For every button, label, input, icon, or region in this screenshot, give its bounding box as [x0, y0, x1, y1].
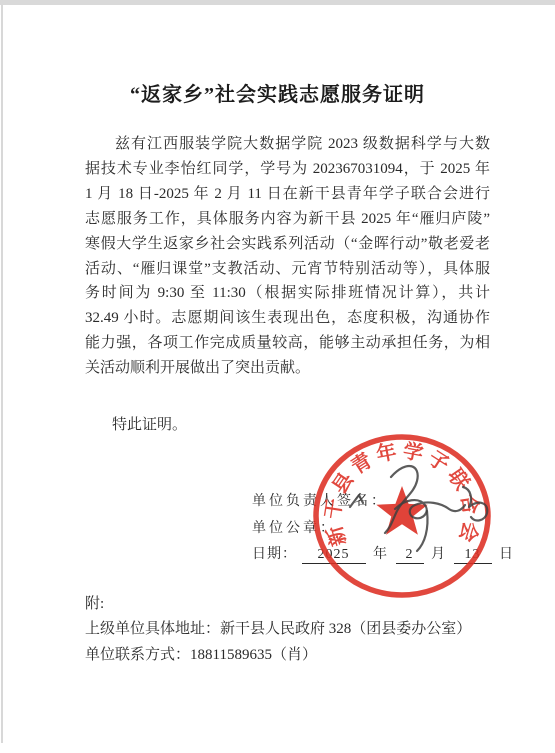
body-line: 能力强，各项工作完成质量较高，能够主动承担任务，为相: [85, 331, 490, 356]
date-day-unit: 日: [499, 547, 514, 562]
signature-block: 单位负责人签名： 单位公章： 日期： 2025 年 2 月 13 日: [252, 489, 517, 569]
certificate-body: 兹有江西服装学院大数据学院 2023 级数据科学与大数 据技术专业李怡红同学，学…: [85, 132, 490, 381]
attachment-label: 附:: [85, 592, 471, 617]
signer-label: 单位负责人签名：: [252, 494, 388, 509]
date-year-value: 2025: [302, 546, 366, 564]
certificate-page: “返家乡”社会实践志愿服务证明 兹有江西服装学院大数据学院 2023 级数据科学…: [0, 0, 555, 753]
body-line: 活动、“雁归课堂”支教活动、元宵节特别活动等），具体服: [85, 257, 490, 282]
date-day-value: 13: [454, 546, 492, 564]
seal-label: 单位公章：: [252, 521, 337, 536]
unit-contact: 单位联系方式：18811589635（肖）: [85, 643, 471, 668]
body-line: 据技术专业李怡红同学，学号为 202367031094，于 2025 年: [85, 157, 490, 182]
date-month-value: 2: [396, 546, 424, 564]
body-line: 1 月 18 日-2025 年 2 月 11 日在新干县青年学子联合会进行: [85, 182, 490, 207]
date-label: 日期：: [252, 547, 297, 562]
document-title: “返家乡”社会实践志愿服务证明: [0, 78, 555, 107]
page-left-border: [1, 5, 3, 743]
body-line: 关活动顺利开展做出了突出贡献。: [85, 356, 490, 381]
date-row: 日期： 2025 年 2 月 13 日: [252, 542, 517, 569]
parent-unit-address: 上级单位具体地址：新干县人民政府 328（团县委办公室）: [85, 617, 471, 642]
closing-statement: 特此证明。: [112, 413, 187, 437]
body-line: 寒假大学生返家乡社会实践系列活动（“金晖行动”敬老爱老: [85, 232, 490, 257]
date-month-unit: 月: [431, 547, 446, 562]
body-line: 务时间为 9:30 至 11:30（根据实际排班情况计算），共计: [85, 281, 490, 306]
signer-row: 单位负责人签名：: [252, 489, 517, 516]
body-line: 兹有江西服装学院大数据学院 2023 级数据科学与大数: [85, 132, 490, 157]
page-top-border: [0, 0, 555, 5]
body-line: 32.49 小时。志愿期间该生表现出色，态度积极，沟通协作: [85, 306, 490, 331]
seal-row: 单位公章：: [252, 516, 517, 543]
footer-block: 附: 上级单位具体地址：新干县人民政府 328（团县委办公室） 单位联系方式：1…: [85, 592, 471, 668]
body-line: 志愿服务工作，具体服务内容为新干县 2025 年“雁归庐陵”: [85, 207, 490, 232]
date-year-unit: 年: [373, 547, 388, 562]
